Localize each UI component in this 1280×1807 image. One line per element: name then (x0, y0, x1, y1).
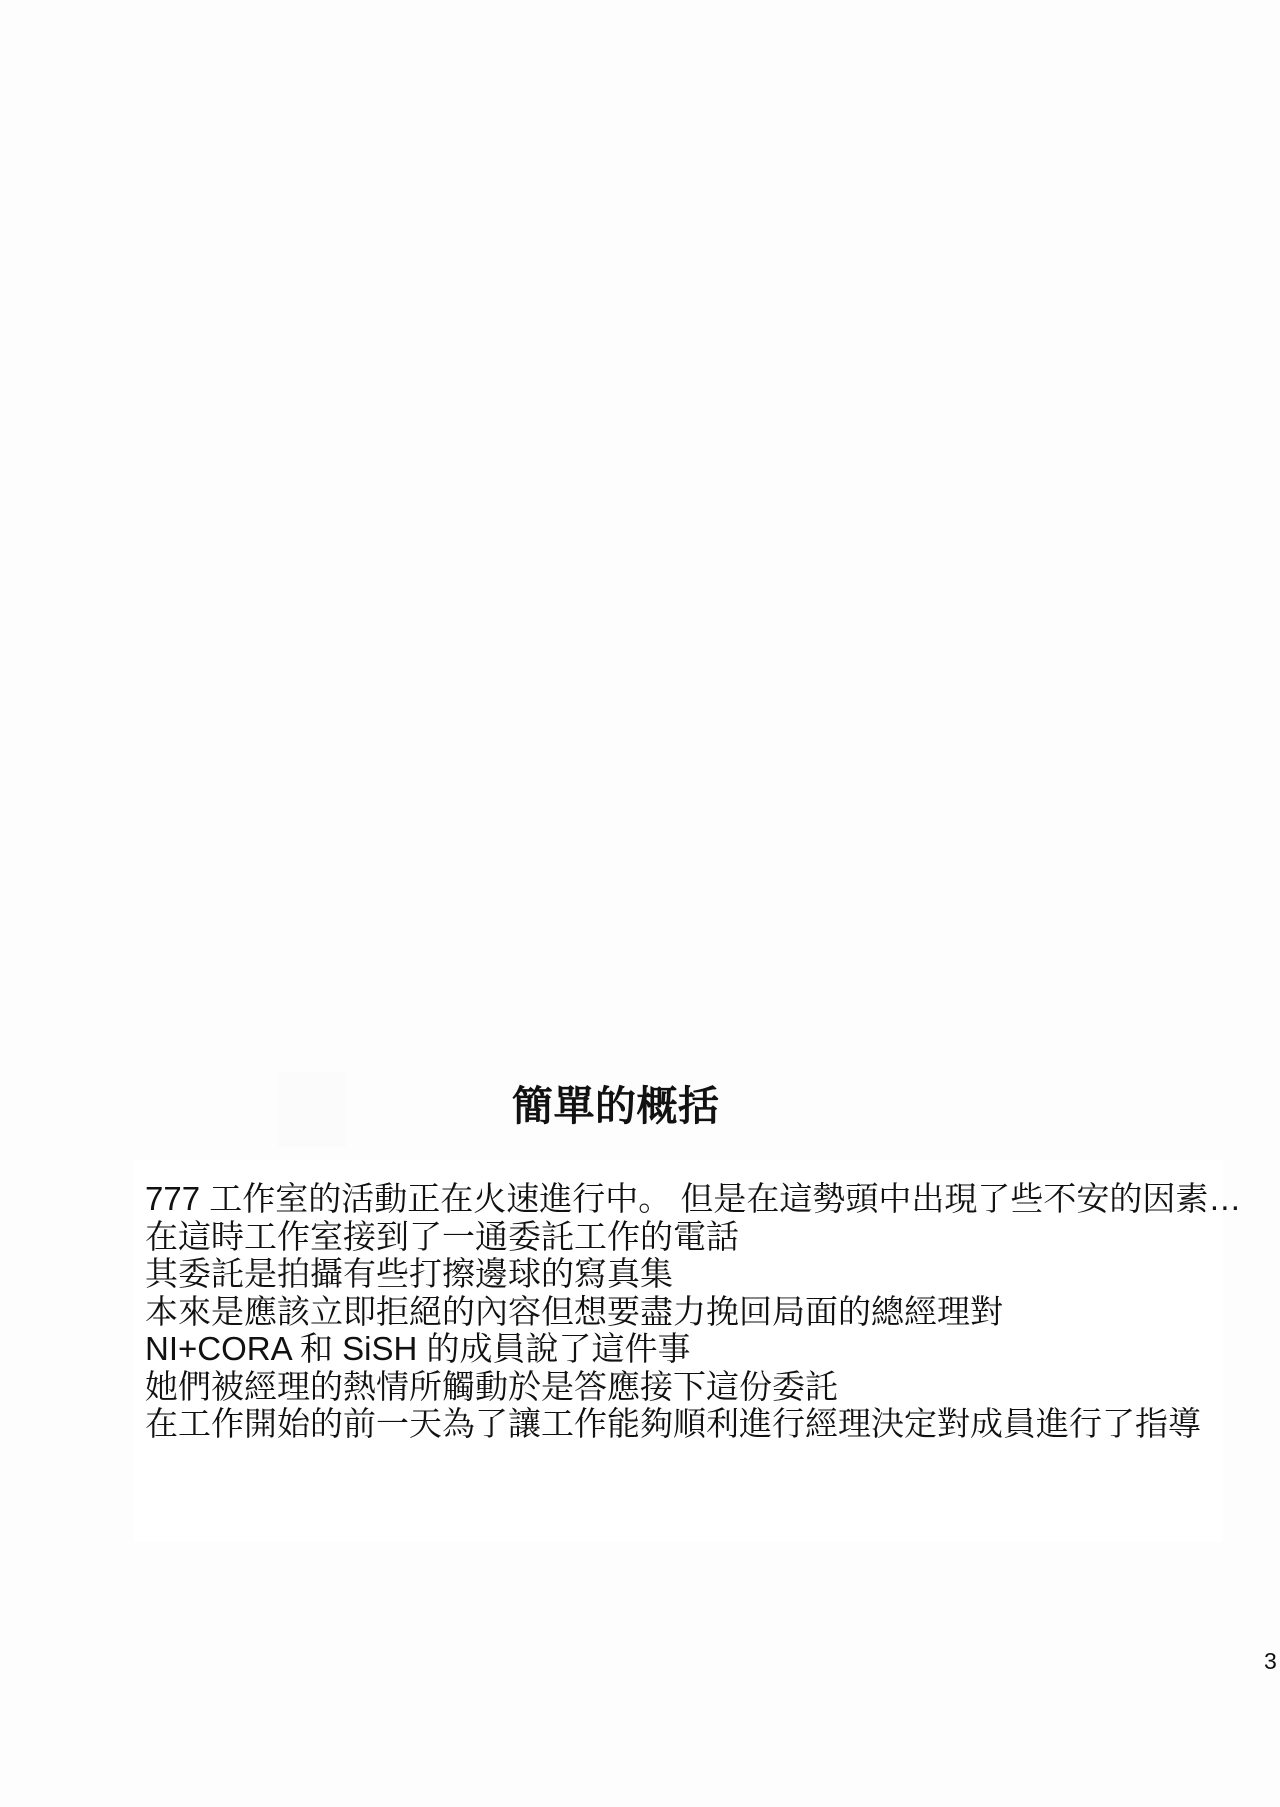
summary-line-6: 她們被經理的熱情所觸動於是答應接下這份委託 (145, 1368, 1255, 1406)
summary-paragraph: 777 工作室的活動正在火速進行中。 但是在這勢頭中出現了些不安的因素… 在這時… (145, 1180, 1255, 1443)
summary-line-7: 在工作開始的前一天為了讓工作能夠順利進行經理決定對成員進行了指導 (145, 1405, 1255, 1443)
summary-line-3: 其委託是拍攝有些打擦邊球的寫真集 (145, 1255, 1255, 1293)
page-title: 簡單的概括 (512, 1082, 720, 1130)
page-number: 3 (1264, 1650, 1277, 1673)
scan-artifact-patch (278, 1072, 346, 1147)
summary-line-4: 本來是應該立即拒絕的內容但想要盡力挽回局面的總經理對 (145, 1293, 1255, 1331)
scanned-document-page: 簡單的概括 777 工作室的活動正在火速進行中。 但是在這勢頭中出現了些不安的因… (0, 0, 1280, 1807)
summary-line-5: NI+CORA 和 SiSH 的成員說了這件事 (145, 1330, 1255, 1368)
summary-line-1: 777 工作室的活動正在火速進行中。 但是在這勢頭中出現了些不安的因素… (145, 1180, 1255, 1218)
summary-line-2: 在這時工作室接到了一通委託工作的電話 (145, 1218, 1255, 1256)
